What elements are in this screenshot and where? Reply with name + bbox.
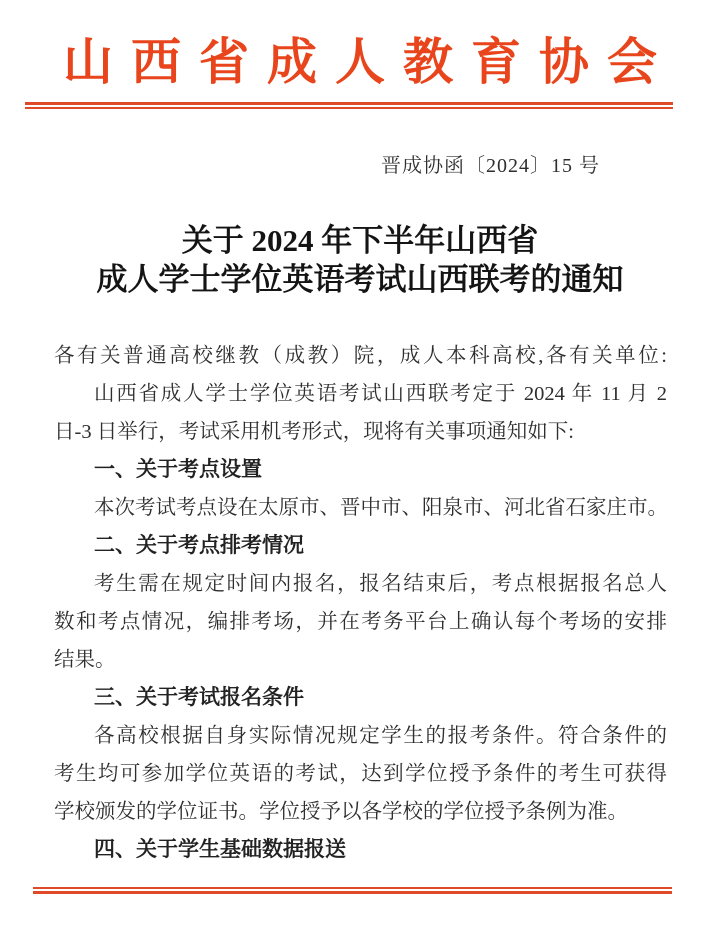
section-heading: 三、关于考试报名条件 <box>54 679 667 717</box>
paragraph-line: 数和考点情况，编排考场，并在考务平台上确认每个考场的安排 <box>54 603 667 641</box>
notice-title: 关于 2024 年下半年山西省 成人学士学位英语考试山西联考的通知 <box>0 221 720 299</box>
section-heading: 四、关于学生基础数据报送 <box>54 831 667 869</box>
paragraph-line: 山西省成人学士学位英语考试山西联考定于 2024 年 11 月 2 <box>54 375 667 413</box>
document-page: 山西省成人教育协会 晋成协函〔2024〕15 号 关于 2024 年下半年山西省… <box>0 0 720 946</box>
paragraph-line: 日-3 日举行，考试采用机考形式，现将有关事项通知如下: <box>54 413 667 451</box>
paragraph-line: 本次考试考点设在太原市、晋中市、阳泉市、河北省石家庄市。 <box>54 489 667 527</box>
salutation-line: 各有关普通高校继教（成教）院，成人本科高校,各有关单位: <box>54 337 667 375</box>
notice-title-line1: 关于 2024 年下半年山西省 <box>0 221 720 260</box>
section-heading: 二、关于考点排考情况 <box>54 527 667 565</box>
paragraph-line: 各高校根据自身实际情况规定学生的报考条件。符合条件的 <box>54 717 667 755</box>
letterhead-divider-line <box>25 102 673 109</box>
document-number: 晋成协函〔2024〕15 号 <box>381 153 600 179</box>
notice-title-line2: 成人学士学位英语考试山西联考的通知 <box>0 260 720 299</box>
letterhead-org-name: 山西省成人教育协会 <box>0 32 720 92</box>
paragraph-line: 考生均可参加学位英语的考试，达到学位授予条件的考生可获得 <box>54 755 667 793</box>
paragraph-line: 考生需在规定时间内报名，报名结束后，考点根据报名总人 <box>54 565 667 603</box>
paragraph-line: 学校颁发的学位证书。学位授予以各学校的学位授予条例为准。 <box>54 793 667 831</box>
footer-divider-line <box>33 887 672 894</box>
paragraph-line: 结果。 <box>54 641 667 679</box>
section-heading: 一、关于考点设置 <box>54 451 667 489</box>
document-body: 各有关普通高校继教（成教）院，成人本科高校,各有关单位:山西省成人学士学位英语考… <box>54 337 667 869</box>
